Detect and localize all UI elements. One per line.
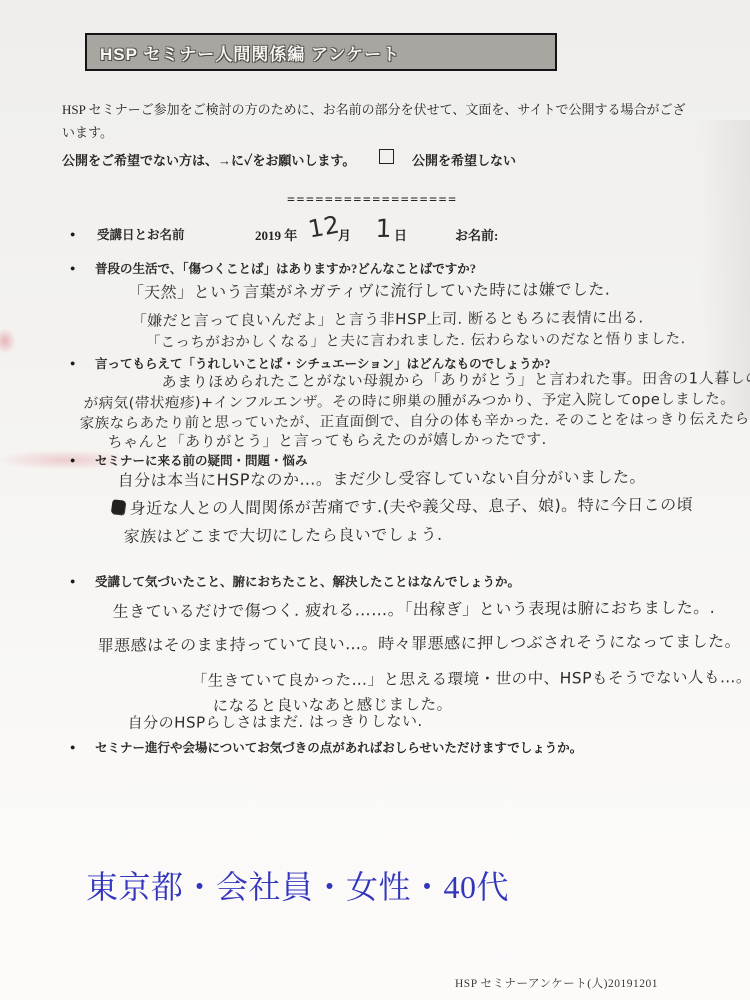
- handwritten-answer: ちゃんと「ありがとう」と言ってもらえたのが嬉しかったです.: [107, 428, 547, 452]
- intro-text-line2: います。: [62, 122, 113, 141]
- bullet-icon: ●: [70, 576, 75, 586]
- publish-optout-label: 公開を希望しない: [412, 150, 516, 169]
- handwritten-answer: 罪悪感はそのまま持っていて良い…。時々罪悪感に押しつぶされそうになってました。: [97, 629, 741, 656]
- year-label: 2019 年: [255, 225, 297, 244]
- handwritten-answer: 生きているだけで傷つく. 疲れる……。「出稼ぎ」という表現は腑におちました。.: [112, 595, 715, 622]
- footer-document-id: HSP セミナーアンケート(人)20191201: [455, 975, 658, 991]
- month-value-handwritten: 12: [306, 211, 342, 244]
- handwritten-answer: 身近な人との人間関係が苦痛です.(夫や義父母、息子、娘)。特に今日この頃: [111, 492, 693, 519]
- month-label: 月: [338, 225, 351, 244]
- bullet-icon: ●: [70, 229, 75, 239]
- handwritten-answer: 「天然」という言葉がネガティヴに流行していた時には嫌でした.: [127, 277, 610, 303]
- scanned-survey-page: HSP セミナー人間関係編 アンケート HSP セミナーご参加をご検討の方のため…: [0, 0, 750, 1000]
- section-divider: ==================: [287, 193, 458, 209]
- respondent-demographics: 東京都・会社員・女性・40代: [86, 862, 509, 908]
- question-venue-feedback: セミナー進行や会場についてお気づきの点があればおしらせいただけますでしょうか。: [95, 738, 582, 756]
- survey-title-box: HSP セミナー人間関係編 アンケート: [85, 33, 557, 71]
- scan-smudge: [0, 328, 16, 354]
- name-label: お名前:: [455, 225, 498, 244]
- question-realizations: 受講して気づいたこと、腑におちたこと、解決したことはなんでしょうか。: [95, 572, 520, 590]
- bullet-icon: ●: [70, 742, 75, 752]
- scribbled-out-character: [111, 499, 126, 514]
- intro-text-line1: HSP セミナーご参加をご検討の方のために、お名前の部分を伏せて、文面を、サイト…: [62, 99, 685, 118]
- day-label: 日: [394, 225, 407, 244]
- bullet-icon: ●: [70, 263, 75, 273]
- bullet-icon: ●: [70, 455, 75, 465]
- handwritten-answer: 自分は本当にHSPなのか…。まだ少し受容していない自分がいました。: [117, 464, 646, 491]
- handwritten-answer: 「生きていて良かった…」と思える環境・世の中、HSPもそうでない人も…。: [191, 665, 750, 691]
- publish-optout-checkbox[interactable]: [379, 149, 394, 164]
- survey-title: HSP セミナー人間関係編 アンケート: [100, 40, 400, 65]
- handwritten-answer: 家族はどこまで大切にしたら良いでしょう.: [123, 522, 443, 547]
- day-value-handwritten: 1: [375, 214, 392, 243]
- handwritten-answer: 「こっちがおかしくなる」と夫に言われました. 伝わらないのだなと悟りました.: [145, 327, 686, 352]
- date-name-label: 受講日とお名前: [97, 225, 185, 243]
- question-hurtful-words: 普段の生活で、「傷つくことば」はありますか?どんなことばですか?: [95, 259, 476, 277]
- bullet-icon: ●: [70, 358, 75, 368]
- handwritten-answer: 自分のHSPらしさはまだ. はっきりしない.: [127, 710, 423, 733]
- publish-optout-instruction: 公開をご希望でない方は、→に✓をお願いします。: [62, 150, 355, 169]
